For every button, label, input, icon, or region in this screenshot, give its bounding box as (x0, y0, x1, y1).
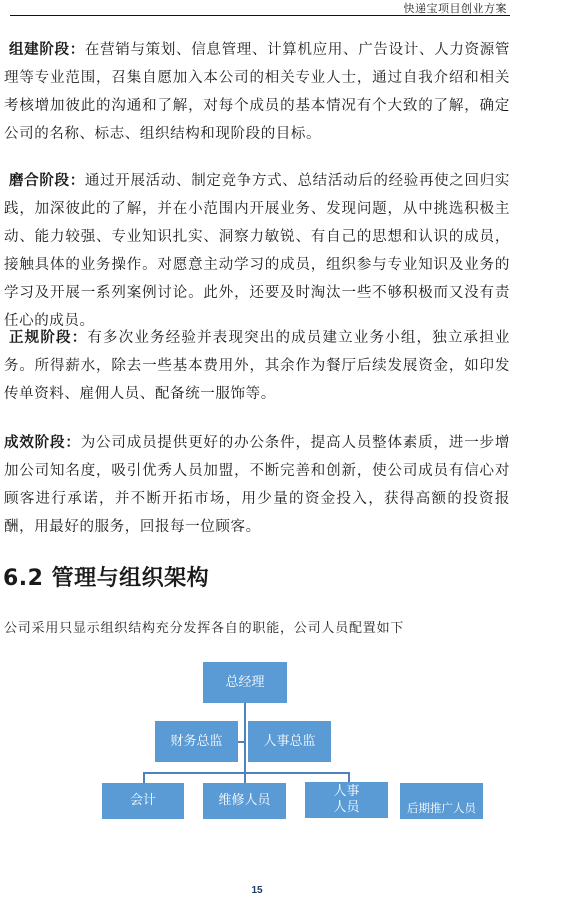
org-node-general-manager: 总经理 (203, 662, 287, 703)
connector-drop-right (348, 772, 350, 782)
org-node-finance-director: 财务总监 (155, 721, 238, 762)
connector-drop-middle (244, 772, 246, 783)
org-node-accountant: 会计 (102, 783, 184, 819)
connector-assistant-tick (238, 741, 245, 743)
stage-paragraph-formation: 组建阶段：在营销与策划、信息管理、计算机应用、广告设计、人力资源管理等专业范围，… (4, 36, 510, 148)
org-node-hr-director: 人事总监 (248, 721, 331, 762)
stage-paragraph-results: 成效阶段：为公司成员提供更好的办公条件，提高人员整体素质，进一步增加公司知名度，… (4, 429, 510, 541)
stage-label: 成效阶段： (4, 435, 81, 451)
stage-paragraph-running-in: 磨合阶段：通过开展活动、制定竞争方式、总结活动后的经验再使之回归实践，加深彼此的… (4, 167, 510, 335)
page-number: 15 (0, 885, 514, 896)
stage-label: 正规阶段： (9, 330, 87, 346)
connector-horizontal (143, 772, 349, 774)
stage-paragraph-regular: 正规阶段：有多次业务经验并表现突出的成员建立业务小组，独立承担业务。所得薪水，除… (4, 324, 510, 408)
connector-drop-left (143, 772, 145, 783)
stage-label: 组建阶段： (9, 42, 85, 58)
section-intro: 公司采用只显示组织结构充分发挥各自的职能，公司人员配置如下 (4, 617, 404, 636)
header-divider (10, 15, 510, 16)
section-heading: 6.2 管理与组织架构 (3, 561, 209, 592)
stage-label: 磨合阶段： (9, 173, 85, 189)
org-node-hr-staff: 人事 人员 (305, 782, 388, 818)
connector-trunk (244, 703, 246, 773)
document-title: 快递宝项目创业方案 (404, 0, 508, 16)
org-node-promotion-staff: 后期推广人员 (400, 783, 483, 819)
stage-text: 为公司成员提供更好的办公条件，提高人员整体素质，进一步增加公司知名度，吸引优秀人… (4, 435, 510, 535)
org-node-maintenance-staff: 维修人员 (203, 783, 286, 819)
stage-text: 通过开展活动、制定竞争方式、总结活动后的经验再使之回归实践，加深彼此的了解，并在… (4, 173, 510, 329)
